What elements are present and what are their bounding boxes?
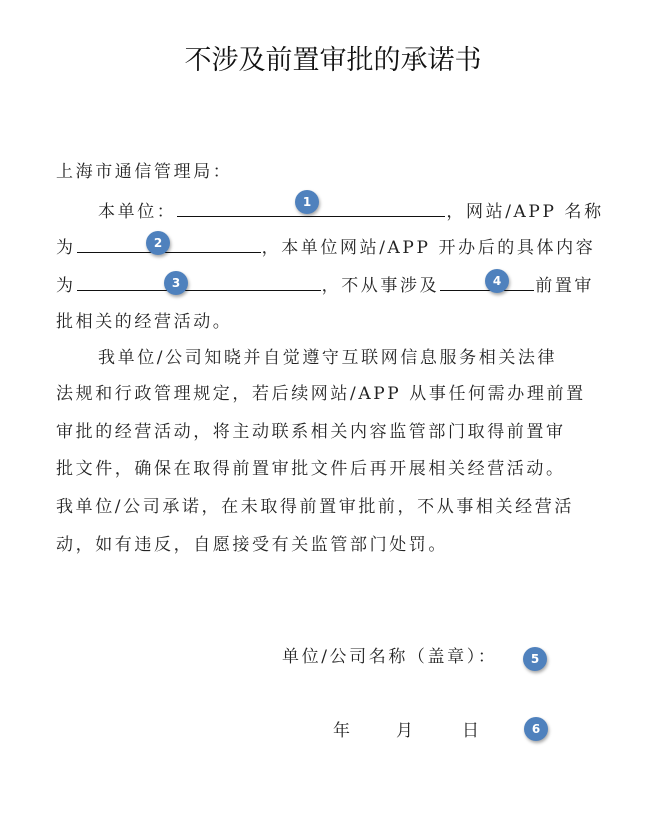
date-year: 年 — [333, 719, 353, 743]
prefix-text: 为 — [56, 238, 76, 258]
site-name-label: ，网站/APP 名称 — [446, 202, 603, 222]
marker-badge-1[interactable]: 1 — [295, 190, 319, 214]
para2-line: 我单位/公司知晓并自觉遵守互联网信息服务相关法律 — [56, 346, 616, 370]
not-engage-text: ，不从事涉及 — [322, 276, 440, 296]
para2-line: 法规和行政管理规定，若后续网站/APP 从事任何需办理前置 — [56, 382, 616, 406]
para1-line2: 为，本单位网站/APP 开办后的具体内容 — [56, 234, 616, 258]
addressee: 上海市通信管理局： — [56, 160, 616, 184]
marker-badge-3[interactable]: 3 — [164, 271, 188, 295]
para2-line: 动，如有违反，自愿接受有关监管部门处罚。 — [56, 533, 616, 557]
marker-badge-2[interactable]: 2 — [146, 231, 170, 255]
para1-line1: 本单位：，网站/APP 名称 — [56, 198, 616, 222]
content-field[interactable] — [77, 272, 321, 291]
para1-line3: 为，不从事涉及前置审 — [56, 272, 616, 296]
para2-line: 批文件，确保在取得前置审批文件后再开展相关经营活动。 — [56, 457, 616, 481]
prefix-text: 为 — [56, 276, 76, 296]
approval-text: 前置审 — [535, 276, 594, 296]
unit-label: 本单位： — [98, 202, 176, 222]
marker-badge-6[interactable]: 6 — [524, 717, 548, 741]
marker-badge-4[interactable]: 4 — [485, 269, 509, 293]
marker-badge-5[interactable]: 5 — [523, 647, 547, 671]
para2-line: 审批的经营活动，将主动联系相关内容监管部门取得前置审 — [56, 420, 616, 444]
signature-label: 单位/公司名称（盖章）： — [282, 645, 497, 669]
para2-line: 我单位/公司承诺，在未取得前置审批前，不从事相关经营活 — [56, 495, 616, 519]
content-label: ，本单位网站/APP 开办后的具体内容 — [262, 238, 596, 258]
document-title: 不涉及前置审批的承诺书 — [0, 38, 666, 77]
para1-line4: 批相关的经营活动。 — [56, 310, 616, 334]
date-day: 日 — [462, 719, 482, 743]
date-month: 月 — [396, 719, 416, 743]
